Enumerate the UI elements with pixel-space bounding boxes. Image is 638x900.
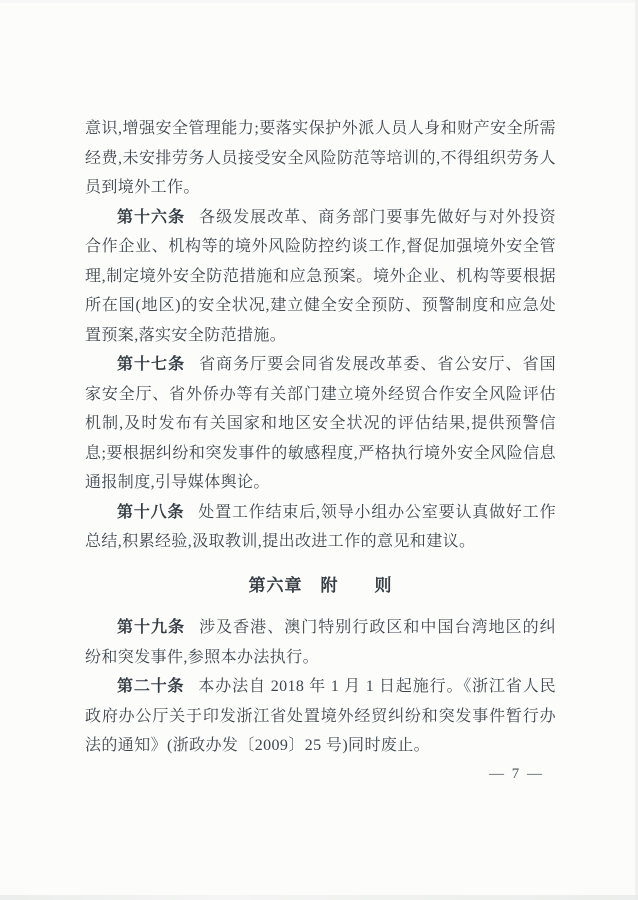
article-label: 第二十条 [117,678,184,695]
article-label: 第十六条 [117,209,185,226]
page-content: 意识,增强安全管理能力;要落实保护外派人员人身和财产安全所需经费,未安排劳务人员… [0,0,638,785]
page-number: — 7 — [85,763,556,785]
paragraph-article-19: 第十九条涉及香港、澳门特别行政区和中国台湾地区的纠纷和突发事件,参照本办法执行。 [85,613,556,672]
article-text: 各级发展改革、商务部门要事先做好与对外投资合作企业、机构等的境外风险防控约谈工作… [85,209,556,344]
chapter-heading: 第六章 附 则 [85,571,556,601]
paragraph-article-20: 第二十条本办法自 2018 年 1 月 1 日起施行。《浙江省人民政府办公厅关于… [85,672,556,761]
article-label: 第十九条 [117,619,185,636]
article-label: 第十七条 [117,356,185,373]
paragraph-article-18: 第十八条处置工作结束后,领导小组办公室要认真做好工作总结,积累经验,汲取教训,提… [85,498,556,557]
document-page: 意识,增强安全管理能力;要落实保护外派人员人身和财产安全所需经费,未安排劳务人员… [0,0,638,900]
scan-edge-top [0,0,638,3]
article-text: 省商务厅要会同省发展改革委、省公安厅、省国家安全厅、省外侨办等有关部门建立境外经… [85,356,556,491]
scan-edge-bottom [0,895,638,900]
paragraph-continuation: 意识,增强安全管理能力;要落实保护外派人员人身和财产安全所需经费,未安排劳务人员… [85,114,556,203]
paragraph-article-17: 第十七条省商务厅要会同省发展改革委、省公安厅、省国家安全厅、省外侨办等有关部门建… [85,350,556,498]
article-label: 第十八条 [117,504,184,521]
paragraph-article-16: 第十六条各级发展改革、商务部门要事先做好与对外投资合作企业、机构等的境外风险防控… [85,203,556,351]
paragraph-text: 意识,增强安全管理能力;要落实保护外派人员人身和财产安全所需经费,未安排劳务人员… [85,120,556,196]
